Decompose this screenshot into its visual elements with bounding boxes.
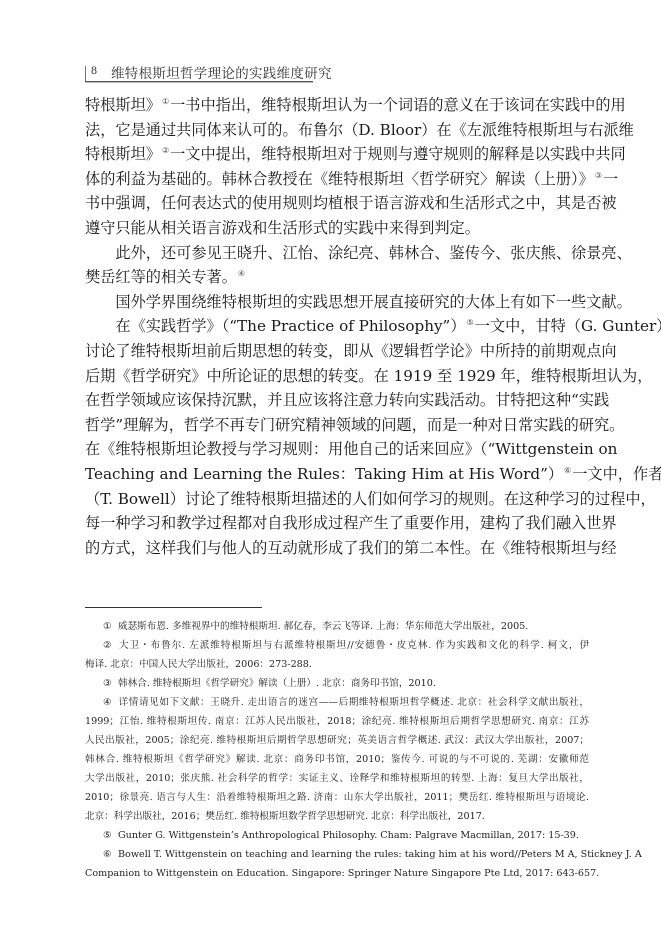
page-number: 8 (91, 63, 97, 78)
footnote-marker: ⑤ (103, 826, 118, 845)
body-line: 哲学”理解为，哲学不再专门研究精神领域的问题，而是一种对日常实践的研究。 (85, 413, 589, 438)
footnote-6: ⑥Bowell T. Wittgenstein on teaching and … (85, 845, 589, 883)
running-header: 8 维特根斯坦哲学理论的实践维度研究 (85, 60, 313, 82)
footnote-ref-5[interactable]: ⑤ (466, 318, 475, 327)
running-title: 维特根斯坦哲学理论的实践维度研究 (111, 62, 332, 82)
footnote-marker: ③ (103, 674, 118, 693)
body-line: 特根斯坦》①一书中指出，维特根斯坦认为一个词语的意义在于该词在实践中的用 (85, 93, 589, 118)
footnote-5: ⑤Gunter G. Wittgenstein’s Anthropologica… (85, 826, 589, 845)
footnote-separator (85, 607, 262, 608)
body-line: 此外，还可参见王晓升、江怡、涂纪亮、韩林合、鉴传今、张庆熊、徐景亮、 (85, 241, 589, 266)
footnote-marker: ① (103, 617, 118, 636)
footnote-marker: ⑥ (103, 845, 118, 864)
footnote-ref-6[interactable]: ⑥ (563, 466, 572, 475)
body-line: 法，它是通过共同体来认可的。布鲁尔（D. Bloor）在《左派维特根斯坦与右派维 (85, 118, 589, 143)
body-line: 每一种学习和教学过程都对自我形成过程产生了重要作用，建构了我们融入世界 (85, 511, 589, 536)
header-rule-mark (85, 66, 86, 81)
body-line: 遵守只能从相关语言游戏和生活形式的实践中来得到判定。 (85, 216, 589, 241)
body-line: （T. Bowell）讨论了维特根斯坦描述的人们如何学习的规则。在这种学习的过程… (85, 487, 589, 512)
body-line: 樊岳红等的相关专著。④ (85, 265, 589, 290)
footnote-4: ④详情请见如下文献：王晓升. 走出语言的迷宫——后期维特根斯坦哲学概述. 北京：… (85, 693, 589, 826)
body-line: Teaching and Learning the Rules：Taking H… (85, 462, 589, 487)
body-line: 的方式，这样我们与他人的互动就形成了我们的第二本性。在《维特根斯坦与经 (85, 536, 589, 561)
body-line: 体的利益为基础的。韩林合教授在《维特根斯坦〈哲学研究〉解读（上册）》③一 (85, 167, 589, 192)
footnote-ref-3[interactable]: ③ (594, 171, 603, 180)
footnote-3: ③韩林合. 维特根斯坦《哲学研究》解读（上册）. 北京：商务印书馆，2010. (85, 674, 589, 693)
footnote-ref-1[interactable]: ① (161, 97, 170, 106)
body-line: 国外学界围绕维特根斯坦的实践思想开展直接研究的大体上有如下一些文献。 (85, 290, 589, 315)
body-line: 书中强调，任何表达式的使用规则均植根于语言游戏和生活形式之中，其是否被 (85, 191, 589, 216)
body-line: 在《维特根斯坦论教授与学习规则：用他自己的话来回应》（“Wittgenstein… (85, 437, 589, 462)
footnote-marker: ② (103, 636, 118, 655)
footnote-ref-2[interactable]: ② (161, 146, 170, 155)
footnotes: ①威瑟斯布恩. 多维视界中的维特根斯坦. 郝亿春，李云飞等译. 上海：华东师范大… (85, 617, 589, 883)
footnote-2: ②大卫・布鲁尔. 左派维特根斯坦与右派维特根斯坦//安德鲁・皮克林. 作为实践和… (85, 636, 589, 674)
body-line: 讨论了维特根斯坦前后期思想的转变，即从《逻辑哲学论》中所持的前期观点向 (85, 339, 589, 364)
footnote-ref-4[interactable]: ④ (237, 269, 246, 278)
body-line: 在《实践哲学》（“The Practice of Philosophy”）⑤一文… (85, 314, 589, 339)
body-line: 特根斯坦》②一文中提出，维特根斯坦对于规则与遵守规则的解释是以实践中共同 (85, 142, 589, 167)
footnote-marker: ④ (103, 693, 118, 712)
body-text: 特根斯坦》①一书中指出，维特根斯坦认为一个词语的意义在于该词在实践中的用 法，它… (85, 93, 589, 560)
body-line: 在哲学领域应该保持沉默，并且应该将注意力转向实践活动。甘特把这种“实践 (85, 388, 589, 413)
body-line: 后期《哲学研究》中所论证的思想的转变。在 1919 至 1929 年，维特根斯坦… (85, 364, 589, 389)
footnote-1: ①威瑟斯布恩. 多维视界中的维特根斯坦. 郝亿春，李云飞等译. 上海：华东师范大… (85, 617, 589, 636)
